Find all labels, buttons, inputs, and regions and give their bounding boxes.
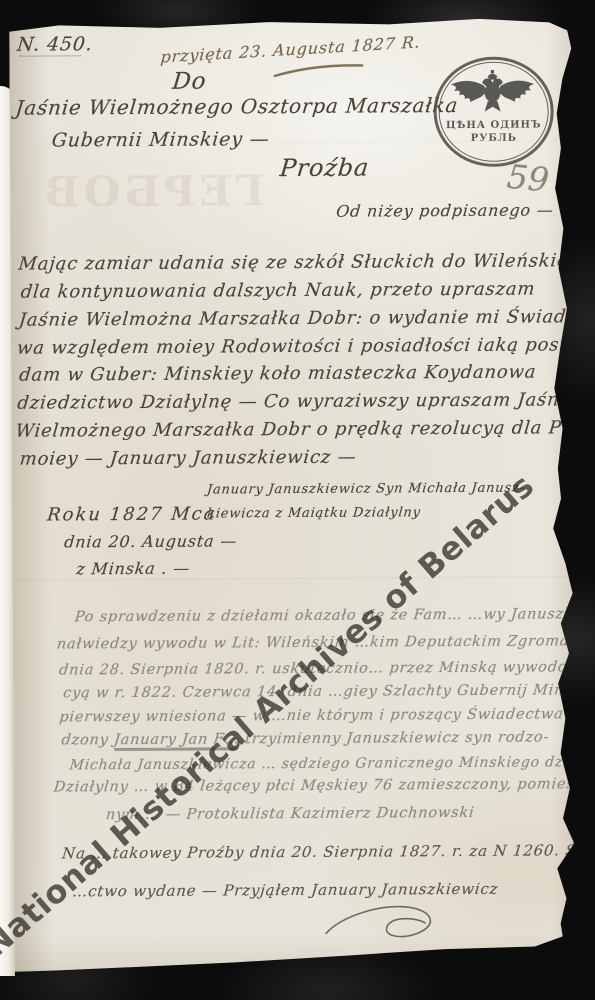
- salutation: Do: [171, 69, 207, 95]
- resolution-line: Na … takowey Proźby dnia 20. Sierpnia 18…: [61, 841, 595, 862]
- verification-line: dzony January Jan F… trzyimienny Januszk…: [61, 729, 550, 748]
- petitioner-note-line: kiewicza z Maiątku Działylny: [206, 505, 421, 521]
- petition-line: moiey — January Januszkiewicz —: [19, 447, 358, 470]
- doc-number: N. 450.: [16, 33, 94, 55]
- petition-line: wa względem moiey Rodowitości i posiadło…: [16, 334, 585, 358]
- bleedthrough-text: ГЕРБОВ: [40, 166, 265, 216]
- address-line: Gubernii Minskiey —: [51, 128, 271, 151]
- petition-line: dla kontynuowania dalszych Nauk, przeto …: [20, 279, 537, 303]
- date-line: dnia 20. Augusta —: [63, 531, 238, 551]
- verification-line: cyą w r. 1822. Czerwca 14. dnia …giey Sz…: [62, 682, 595, 702]
- petition-line: Jaśnie Wielmożna Marszałka Dobr: o wydan…: [18, 306, 595, 331]
- doc-number-underline: [19, 55, 81, 56]
- petitioner-note-line: January Januszkiewicz Syn Michała Janusz…: [206, 481, 525, 498]
- date-line: z Minska . —: [76, 559, 192, 579]
- verification-line: Michała Januszkiewicza … sędziego Granic…: [69, 754, 595, 774]
- petition-title: Proźba: [279, 154, 371, 183]
- verification-line: pierwszey wniesiona — w …nie którym i pr…: [59, 706, 595, 725]
- double-headed-eagle-icon: [444, 69, 540, 120]
- receipt-annotation: przyięta 23. Augusta 1827 R.: [160, 32, 422, 66]
- petition-line: Mając zamiar udania się ze szkół Słuckic…: [18, 250, 582, 274]
- verification-line-post: trzyimienny Januszkiewicz syn rodzo-: [239, 729, 550, 747]
- petition-line: Wielmożnego Marszałka Dobr o prędką rezo…: [15, 417, 595, 442]
- from-line: Od niżey podpisanego —: [335, 200, 554, 220]
- folio-number-pencil: 59: [505, 157, 551, 200]
- revenue-stamp: ЦѢНА ОДИНЪ РУБЛЬ: [433, 56, 554, 167]
- petition-line: dam w Guber: Minskiey koło miasteczka Ko…: [18, 362, 537, 386]
- receipt-underline-flourish: [271, 60, 367, 79]
- verification-line: Działylny … w B4 leżącey płci Męskiey 76…: [53, 776, 590, 795]
- stamp-price-line: ЦѢНА ОДИНЪ: [437, 119, 551, 131]
- stamp-price-line: РУБЛЬ: [437, 132, 551, 144]
- date-line: Roku 1827 Mca: [46, 503, 217, 525]
- address-line: Jaśnie Wielmożnego Osztorpa Marszałka: [14, 93, 459, 120]
- verification-line-pre: dzony: [61, 732, 115, 748]
- signature-flourish: [319, 897, 444, 946]
- petition-line: dziedzictwo Działylnę — Co wyraziwszy up…: [16, 389, 578, 413]
